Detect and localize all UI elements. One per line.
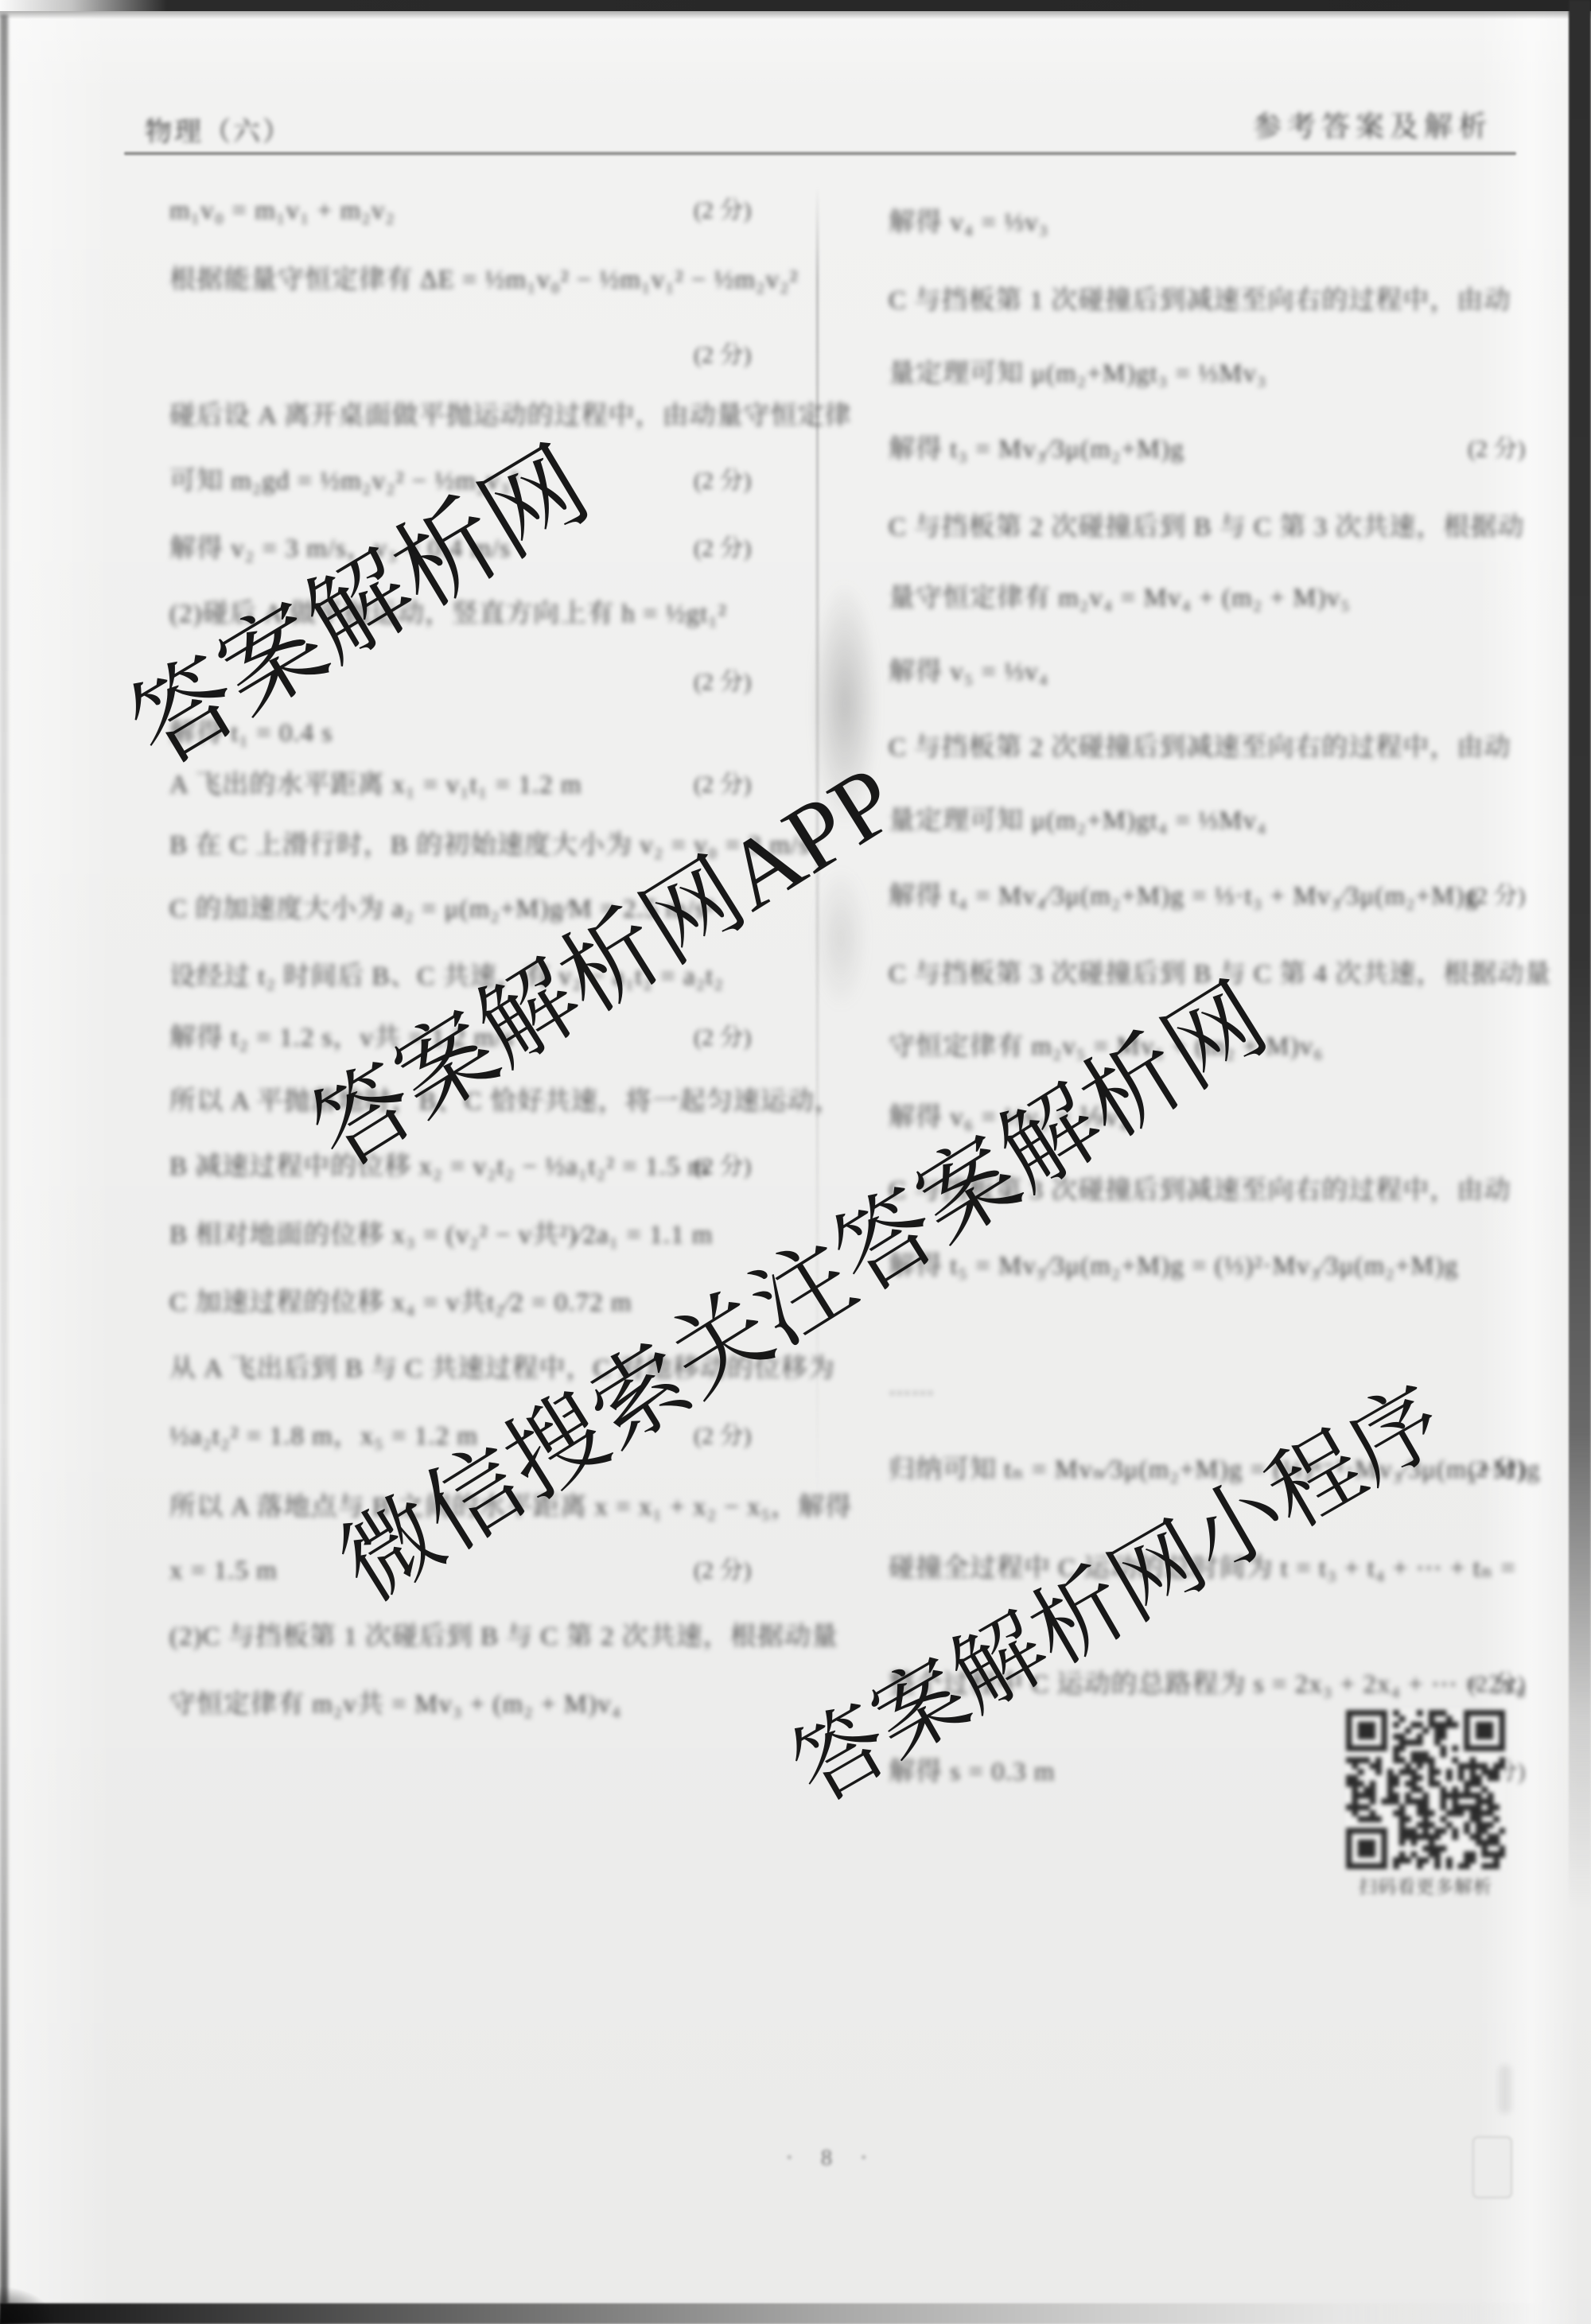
score-mark: (2 分) (694, 192, 751, 229)
solution-line: A 飞出的水平距离 x₁ = v₁t₁ = 1.2 m (169, 767, 582, 803)
score-mark: (2 分) (694, 767, 751, 803)
score-mark: (2 分) (694, 664, 751, 701)
qr-block: 扫码看更多解析 (1346, 1710, 1505, 1898)
solution-line: (2)碰后 A 做平抛运动，竖直方向上有 h = ½gt₁² (169, 596, 727, 632)
score-mark: (2 分) (1468, 1452, 1525, 1488)
solution-line: B 在 C 上滑行时，B 的初始速度大小为 v₂ = v₀ = 3 m/s (169, 827, 810, 864)
header-rule (124, 152, 1516, 155)
solution-line: 守恒定律有 m₂v₅ = Mv₅ + (m₂ + M)v₆ (889, 1028, 1324, 1065)
solution-line: 解得 t₃ = Mv₃∕3μ(m₂+M)g (889, 431, 1184, 468)
scan-edge-bottom (0, 2303, 1591, 2324)
solution-line: 碰后设 A 离开桌面做平抛运动的过程中，由动量守恒定律 (169, 398, 852, 434)
solution-line: C 与挡板第 3 次碰撞后到 B 与 C 第 4 次共速，根据动量 (889, 956, 1551, 993)
solution-line: 量守恒定律有 m₂v₄ = Mv₄ + (m₂ + M)v₅ (889, 580, 1351, 616)
solution-line: 整个过程中 C 运动的总路程为 s = 2x₃ + 2x₄ + ⋯ = 2x₆ (889, 1666, 1527, 1703)
solution-line: 量定理可知 μ(m₂+M)gt₃ = ⅓Mv₃ (889, 356, 1266, 392)
score-mark: (2 分) (694, 1553, 751, 1589)
solution-line: 解得 v₂ = 3 m/s，v₃ = 0.4 m/s (169, 530, 511, 567)
score-mark: (2 分) (694, 463, 751, 499)
solution-line: ½a₂t₂² = 1.8 m，x₅ = 1.2 m (169, 1418, 478, 1455)
qr-code (1346, 1710, 1505, 1869)
qr-caption: 扫码看更多解析 (1346, 1872, 1505, 1898)
solution-line: (2)C 与挡板第 1 次碰后到 B 与 C 第 2 次共速，根据动量 (169, 1619, 838, 1655)
header-subject-title: 物理（六） (145, 110, 292, 149)
scan-corner-bottom-left (0, 2286, 56, 2324)
solution-line: 解得 v₆ = ⅓v₅ = ⅑v₄ (889, 1099, 1129, 1136)
scan-fold-smudge (797, 533, 893, 875)
solution-line: 守恒定律有 m₂v共 = Mv₃ + (m₂ + M)v₄ (169, 1686, 621, 1723)
solution-line: C 与挡板第 2 次碰撞后到减速至向右的过程中，由动 (889, 729, 1511, 766)
faint-smudge (1499, 2065, 1511, 2114)
score-mark: (2 分) (694, 1020, 751, 1056)
solution-line: C 与挡板第 1 次碰撞后到减速至向右的过程中，由动 (889, 282, 1511, 319)
solution-line: C 加速过程的位移 x₄ = v共t₂∕2 = 0.72 m (169, 1284, 632, 1321)
solution-line: 解得 t₅ = Mv₅∕3μ(m₂+M)g = (⅓)²·Mv₃∕3μ(m₂+M… (889, 1248, 1458, 1284)
solution-line: B 相对地面的位移 x₃ = (v₂² − v共²)∕2a₁ = 1.1 m (169, 1217, 713, 1253)
header-answer-title: 参考答案及解析 (1253, 104, 1492, 145)
solution-line: 所以 A 平抛落地时，B、C 恰好共速，将一起匀速运动， (169, 1083, 842, 1120)
solution-line: 解得 v₄ = ⅓v₃ (889, 204, 1048, 241)
solution-line: C 与挡板第 2 次碰撞后到 B 与 C 第 3 次共速，根据动 (889, 509, 1524, 546)
score-mark: (2 分) (694, 530, 751, 567)
score-mark: (2 分) (1468, 431, 1525, 468)
solution-line: 解得 v₅ = ⅓v₄ (889, 654, 1048, 690)
solution-line: 根据能量守恒定律有 ΔE = ½m₁v₀² − ½m₁v₁² − ½m₂v₂² (169, 262, 798, 298)
page-number: · 8 · (37, 2146, 1591, 2171)
solution-line: m₁v₀ = m₁v₁ + m₂v₂ (169, 192, 395, 229)
solution-line: 解得 t₁ = 0.4 s (169, 715, 333, 752)
score-mark: (2 分) (1468, 878, 1525, 915)
solution-line: 可知 m₂gd = ½m₂v₂² − ½m₂v₃² (169, 463, 519, 499)
score-mark: (2 分) (694, 1148, 751, 1185)
score-mark: (2 分) (694, 337, 751, 374)
scan-edge-top (0, 0, 1591, 11)
solution-line: 解得 t₄ = Mv₄∕3μ(m₂+M)g = ⅓·t₃ + Mv₃∕3μ(m₂… (889, 878, 1479, 915)
solution-line: 归纳可知 tₙ = Mvₙ∕3μ(m₂+M)g = (⅓)ⁿ⁻¹·Mv₃∕3μ(… (889, 1452, 1540, 1488)
solution-line: 设经过 t₂ 时间后 B、C 共速，有 v₂ − a₁t₂ = a₂t₂ (169, 958, 724, 995)
solution-line: …… (889, 1370, 935, 1406)
score-mark: (2 分) (694, 1418, 751, 1455)
scanned-answer-page: { "header": { "left_title": "物理（六）", "ri… (0, 0, 1591, 2324)
solution-line: C 与挡板第 3 次碰撞后到减速至向右的过程中，由动 (889, 1172, 1511, 1209)
solution-line: 解得 t₂ = 1.2 s，v共 = 1.2 m/s (169, 1020, 514, 1056)
solution-line: 量定理可知 μ(m₂+M)gt₄ = ⅓Mv₄ (889, 803, 1266, 839)
solution-line: C 的加速度大小为 a₂ = μ(m₂+M)g∕M = 2.5 m/s² (169, 891, 714, 927)
solution-line: B 减速过程中的位移 x₂ = v₂t₂ − ½a₁t₂² = 1.5 m (169, 1148, 709, 1185)
score-mark: (2 分) (1468, 1666, 1525, 1703)
solution-line: x = 1.5 m (169, 1553, 278, 1589)
solution-line: 解得 s = 0.3 m (889, 1754, 1055, 1790)
solution-line: 从 A 飞出后到 B 与 C 共速过程中，C 对地移动的位移为 (169, 1350, 835, 1387)
scan-edge-top-shadow (0, 11, 1591, 19)
scan-edge-left (0, 14, 8, 2305)
scan-edge-right (1569, 0, 1591, 1909)
solution-line: 所以 A 落地点与 B 之间的水平距离 x = x₁ + x₂ − x₅，解得 (169, 1489, 852, 1525)
scan-fold-smudge (805, 843, 877, 1034)
solution-line: 碰撞全过程中 C 运动的总时间为 t = t₃ + t₄ + ⋯ + tₙ = (889, 1550, 1516, 1587)
